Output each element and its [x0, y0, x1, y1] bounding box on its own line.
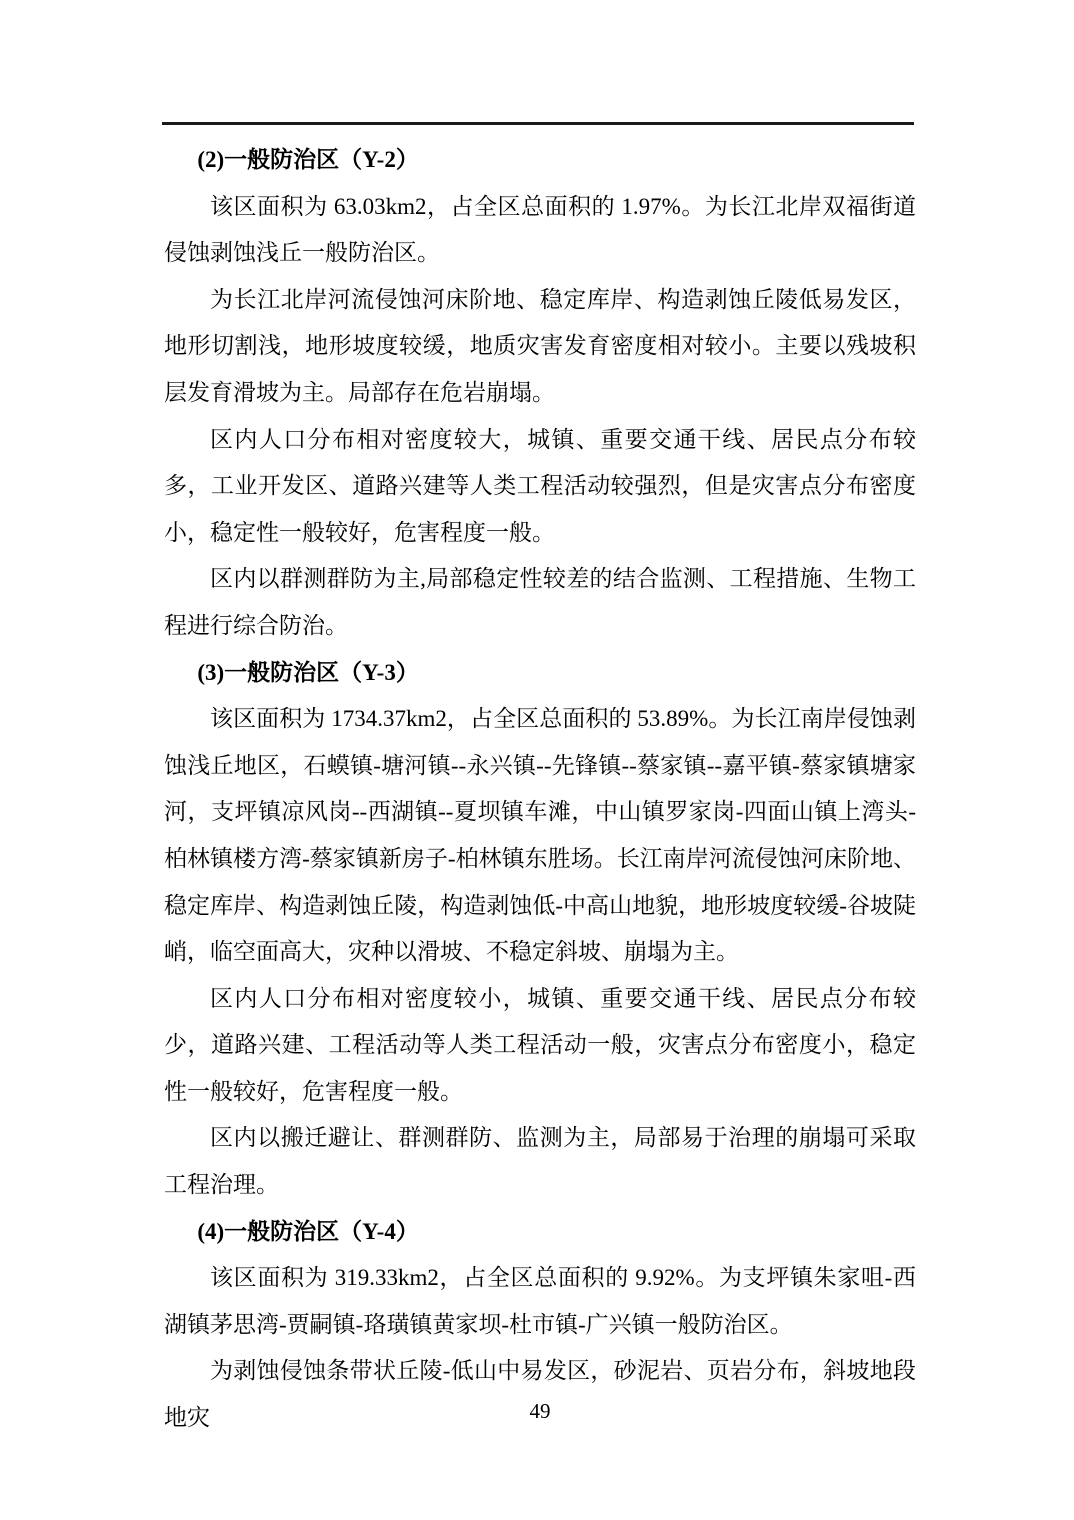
paragraph: 为长江北岸河流侵蚀河床阶地、稳定库岸、构造剥蚀丘陵低易发区，地形切割浅，地形坡度… [164, 277, 916, 417]
paragraph: 区内以群测群防为主,局部稳定性较差的结合监测、工程措施、生物工程进行综合防治。 [164, 556, 916, 649]
section-heading-y2: (2)一般防治区（Y-2） [164, 137, 916, 184]
paragraph: 为剥蚀侵蚀条带状丘陵-低山中易发区，砂泥岩、页岩分布，斜坡地段地灾 [164, 1348, 916, 1441]
section-heading-y3: (3)一般防治区（Y-3） [164, 650, 916, 697]
section-heading-y4: (4)一般防治区（Y-4） [164, 1209, 916, 1256]
paragraph: 区内人口分布相对密度较小，城镇、重要交通干线、居民点分布较少，道路兴建、工程活动… [164, 976, 916, 1116]
header-rule [162, 122, 914, 125]
paragraph: 区内以搬迁避让、群测群防、监测为主，局部易于治理的崩塌可采取工程治理。 [164, 1115, 916, 1208]
document-body: (2)一般防治区（Y-2） 该区面积为 63.03km2，占全区总面积的 1.9… [164, 137, 916, 1442]
paragraph: 区内人口分布相对密度较大，城镇、重要交通干线、居民点分布较多，工业开发区、道路兴… [164, 417, 916, 557]
page-number: 49 [164, 1398, 916, 1424]
paragraph: 该区面积为 1734.37km2，占全区总面积的 53.89%。为长江南岸侵蚀剥… [164, 696, 916, 976]
document-page: (2)一般防治区（Y-2） 该区面积为 63.03km2，占全区总面积的 1.9… [0, 0, 1074, 1520]
paragraph: 该区面积为 319.33km2，占全区总面积的 9.92%。为支坪镇朱家咀-西湖… [164, 1255, 916, 1348]
paragraph: 该区面积为 63.03km2，占全区总面积的 1.97%。为长江北岸双福街道侵蚀… [164, 184, 916, 277]
